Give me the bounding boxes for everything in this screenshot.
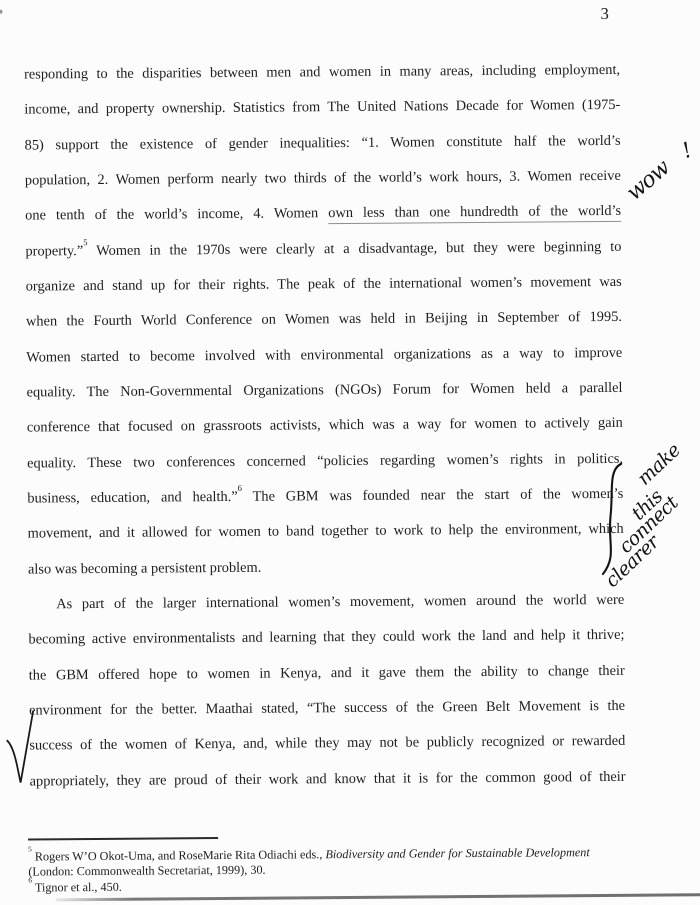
- text-segment: becoming active environmentalists and le…: [28, 627, 624, 648]
- text-segment: As part of the larger international wome…: [56, 592, 624, 612]
- text-segment: Women in the 1970s were clearly at a dis…: [87, 239, 621, 259]
- text-line: income, and property ownership. Statisti…: [24, 88, 620, 128]
- text-segment: organize and stand up for their rights. …: [26, 274, 622, 295]
- text-line: movement, and it allowed for women to ba…: [28, 512, 624, 552]
- text-line: appropriately, they are proud of their w…: [29, 759, 625, 799]
- text-segment: when the Fourth World Conference on Wome…: [26, 309, 622, 330]
- text-line: population, 2. Women perform nearly two …: [25, 159, 621, 199]
- text-line: Women started to become involved with en…: [26, 335, 622, 375]
- text-segment: movement, and it allowed for women to ba…: [28, 521, 624, 542]
- scanned-document-page: 3 responding to the disparities between …: [0, 0, 700, 905]
- footnote-lines: 5 Rogers W’O Okot-Uma, and RoseMarie Rit…: [28, 844, 700, 895]
- text-segment: the GBM offered hope to women in Kenya, …: [29, 662, 625, 683]
- scan-content: 3 responding to the disparities between …: [0, 0, 700, 905]
- text-line: As part of the larger international wome…: [28, 583, 624, 623]
- page-number: 3: [601, 4, 609, 24]
- text-line: equality. These two conferences concerne…: [27, 441, 623, 481]
- text-segment: one tenth of the world’s income, 4. Wome…: [25, 205, 328, 223]
- text-segment: conference that focused on grassroots ac…: [27, 415, 623, 436]
- footnote-marker: 5: [28, 845, 32, 854]
- text-line: also was becoming a persistent problem.: [28, 547, 624, 587]
- text-segment: equality. The Non-Governmental Organizat…: [26, 380, 622, 401]
- footnote-marker: 5: [83, 237, 87, 247]
- footnote-marker: 6: [238, 483, 242, 493]
- text-segment: Women started to become involved with en…: [26, 344, 622, 365]
- text-line: when the Fourth World Conference on Wome…: [26, 300, 622, 340]
- text-segment: Rogers W’O Okot-Uma, and RoseMarie Rita …: [32, 847, 326, 863]
- handwritten-exclamation: !: [678, 138, 695, 163]
- text-segment: The GBM was founded near the start of th…: [242, 486, 623, 505]
- margin-note: makethisconnectclearer: [0, 0, 696, 3]
- text-line: environment for the better. Maathai stat…: [29, 689, 625, 729]
- text-segment: business, education, and health.”: [27, 489, 237, 507]
- text-segment: Tignor et al., 450.: [32, 880, 122, 895]
- text-line: responding to the disparities between me…: [24, 53, 620, 93]
- text-line: conference that focused on grassroots ac…: [27, 406, 623, 446]
- text-line: one tenth of the world’s income, 4. Wome…: [25, 194, 621, 234]
- underlined-phrase: own less than one hundredth of the world…: [328, 203, 621, 224]
- footnotes-section: 5 Rogers W’O Okot-Uma, and RoseMarie Rit…: [28, 833, 700, 895]
- text-line: business, education, and health.”6 The G…: [27, 477, 623, 517]
- text-segment: income, and property ownership. Statisti…: [24, 97, 620, 118]
- margin-note-word: make: [633, 439, 685, 489]
- handwritten-wow: wow: [622, 156, 675, 206]
- text-line: organize and stand up for their rights. …: [26, 265, 622, 305]
- text-segment: property.”: [25, 243, 83, 259]
- text-segment: also was becoming a persistent problem.: [28, 559, 262, 577]
- text-segment: appropriately, they are proud of their w…: [30, 768, 626, 789]
- text-segment: equality. These two conferences concerne…: [27, 450, 623, 471]
- checkmark-icon: [4, 708, 39, 788]
- footnote-separator-rule: [28, 837, 218, 840]
- text-segment: population, 2. Women perform nearly two …: [25, 168, 621, 189]
- text-line: becoming active environmentalists and le…: [28, 618, 624, 658]
- body-text: responding to the disparities between me…: [24, 53, 626, 800]
- text-line: success of the women of Kenya, and, whil…: [29, 724, 625, 764]
- text-segment: success of the women of Kenya, and, whil…: [29, 733, 625, 754]
- text-segment: Biodiversity and Gender for Sustainable …: [325, 845, 589, 861]
- text-line: 85) support the existence of gender ineq…: [24, 124, 620, 164]
- text-line: the GBM offered hope to women in Kenya, …: [29, 653, 625, 693]
- footnote-marker: 6: [28, 876, 32, 885]
- text-line: equality. The Non-Governmental Organizat…: [26, 371, 622, 411]
- text-segment: responding to the disparities between me…: [24, 62, 620, 83]
- text-line: property.”5 Women in the 1970s were clea…: [25, 230, 621, 270]
- text-segment: 85) support the existence of gender ineq…: [25, 133, 621, 154]
- text-segment: (London: Commonwealth Secretariat, 1999)…: [28, 863, 265, 879]
- scan-speck: [0, 10, 3, 14]
- text-segment: environment for the better. Maathai stat…: [29, 698, 625, 719]
